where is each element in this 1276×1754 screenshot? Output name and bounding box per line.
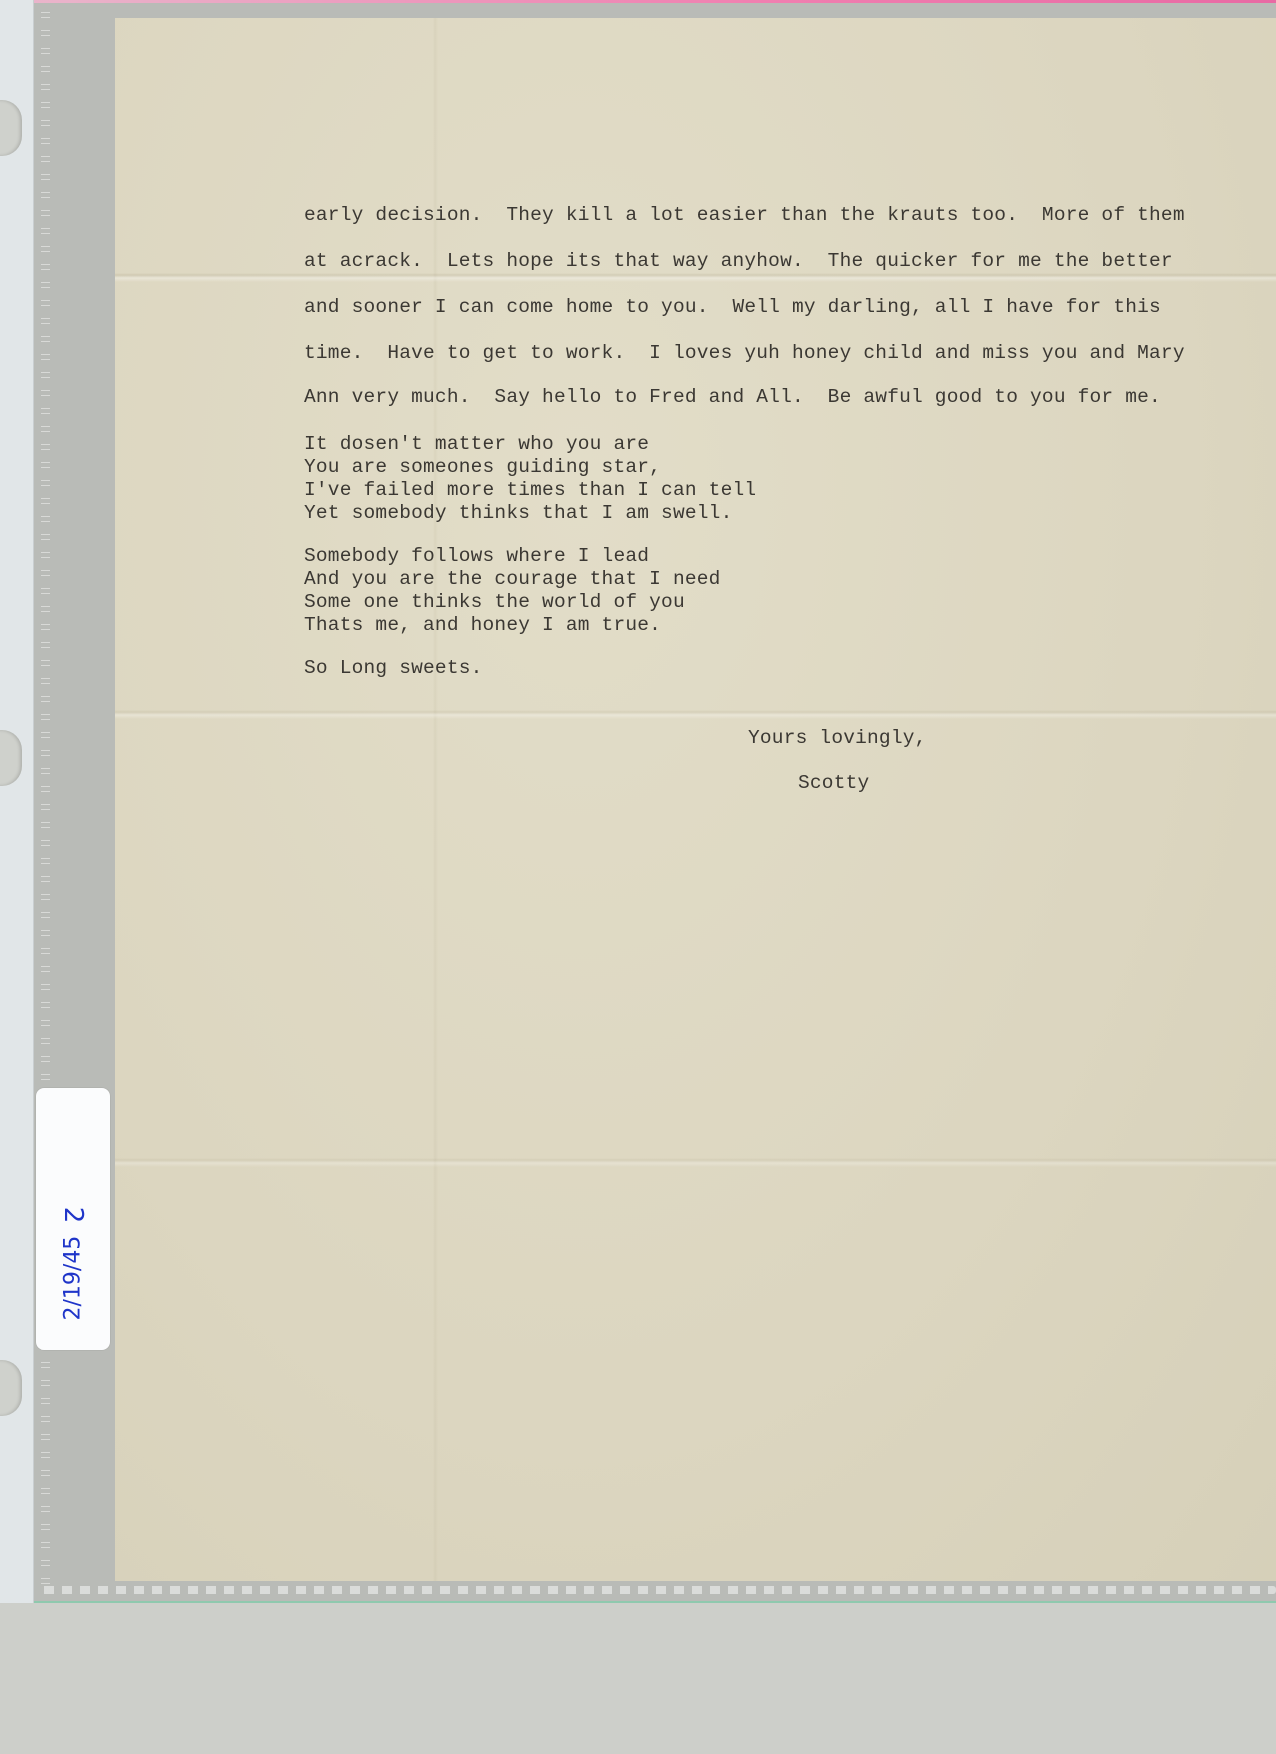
date-label: 2/19/45 xyxy=(61,1251,86,1321)
binder-strip xyxy=(0,0,34,1603)
poem-line: It dosen't matter who you are xyxy=(304,433,649,455)
binder-hole xyxy=(0,730,22,786)
valediction: Yours lovingly, xyxy=(748,727,927,749)
sleeve-bottom-edge xyxy=(33,1601,1276,1603)
paragraph-line: Ann very much. Say hello to Fred and All… xyxy=(304,386,1161,408)
closing-line: So Long sweets. xyxy=(304,657,483,679)
poem-line: And you are the courage that I need xyxy=(304,568,721,590)
binder-hole xyxy=(0,1360,22,1416)
poem-line: I've failed more times than I can tell xyxy=(304,479,756,501)
paragraph-line: and sooner I can come home to you. Well … xyxy=(304,296,1161,318)
poem-line: Thats me, and honey I am true. xyxy=(304,614,661,636)
poem-line: Yet somebody thinks that I am swell. xyxy=(304,502,732,524)
sleeve-perforation-left xyxy=(41,6,50,1591)
binder-hole xyxy=(0,100,22,156)
signature: Scotty xyxy=(798,772,869,794)
letter-page: early decision. They kill a lot easier t… xyxy=(115,18,1276,1581)
archive-label: 2 2/19/45 xyxy=(36,1088,110,1350)
paragraph-line: early decision. They kill a lot easier t… xyxy=(304,204,1185,226)
sleeve-perforation-bottom xyxy=(40,1586,1276,1594)
poem-line: Somebody follows where I lead xyxy=(304,545,649,567)
poem-line: Some one thinks the world of you xyxy=(304,591,685,613)
poem-line: You are someones guiding star, xyxy=(304,456,661,478)
paragraph-line: time. Have to get to work. I loves yuh h… xyxy=(304,342,1185,364)
page-number-label: 2 xyxy=(58,1200,88,1230)
paragraph-line: at acrack. Lets hope its that way anyhow… xyxy=(304,250,1173,272)
letter-body: early decision. They kill a lot easier t… xyxy=(304,204,352,666)
